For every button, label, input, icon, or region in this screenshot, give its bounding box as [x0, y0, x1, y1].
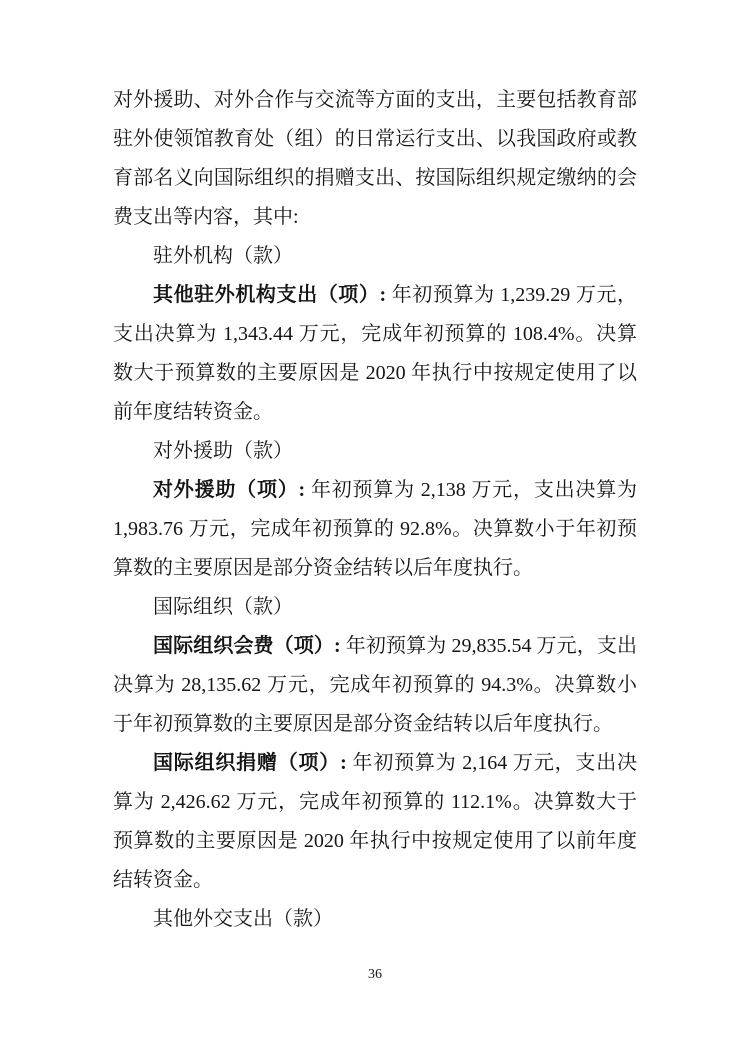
paragraph-international-org-donation: 国际组织捐赠（项）: 年初预算为 2,164 万元，支出决算为 2,426.62… [113, 744, 637, 900]
heading-foreign-aid: 对外援助（款） [113, 432, 637, 471]
paragraph-foreign-aid-item: 对外援助（项）: 年初预算为 2,138 万元，支出决算为 1,983.76 万… [113, 471, 637, 588]
paragraph-bold-lead: 国际组织会费（项）: [153, 635, 346, 657]
document-content: 对外援助、对外合作与交流等方面的支出，主要包括教育部驻外使领馆教育处（组）的日常… [113, 81, 637, 939]
paragraph-other-overseas-agency-expense: 其他驻外机构支出（项）: 年初预算为 1,239.29 万元，支出决算为 1,3… [113, 276, 637, 432]
heading-overseas-agencies: 驻外机构（款） [113, 237, 637, 276]
heading-other-diplomatic-expense: 其他外交支出（款） [113, 900, 637, 939]
paragraph-international-org-dues: 国际组织会费（项）: 年初预算为 29,835.54 万元，支出决算为 28,1… [113, 627, 637, 744]
page-footer: 36 [0, 966, 750, 984]
paragraph-intro: 对外援助、对外合作与交流等方面的支出，主要包括教育部驻外使领馆教育处（组）的日常… [113, 81, 637, 237]
paragraph-bold-lead: 其他驻外机构支出（项）: [153, 284, 392, 306]
page-number: 36 [368, 967, 382, 982]
heading-international-organizations: 国际组织（款） [113, 588, 637, 627]
paragraph-bold-lead: 国际组织捐赠（项）: [153, 752, 353, 774]
document-page: 对外援助、对外合作与交流等方面的支出，主要包括教育部驻外使领馆教育处（组）的日常… [0, 0, 750, 1060]
paragraph-bold-lead: 对外援助（项）: [153, 479, 311, 501]
